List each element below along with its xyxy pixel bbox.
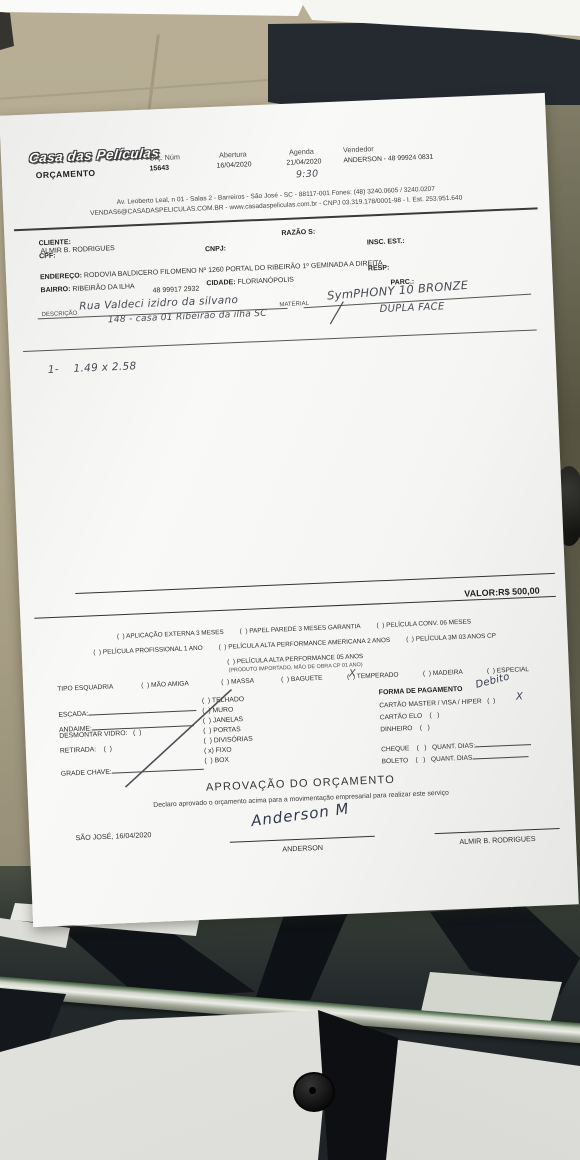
esquadria-option: ( ) MÃO AMIGA [141,680,189,689]
esquadria-option: ( ) BAGUETE [281,675,323,684]
pagamento-cartao-elo: CARTÃO ELO ( ) [380,712,440,721]
site-option: ( ) BOX [204,757,229,765]
retirada-field: RETIRADA: ( ) [60,746,112,755]
andaime-line [92,718,194,730]
cidade-value: FLORIANÓPOLIS [237,277,294,286]
place-date: SÃO JOSÉ, 16/04/2020 [75,830,151,842]
site-option-fixo: ( x) FIXO [204,747,232,755]
valor-label: VALOR: [464,587,498,598]
esquadria-option: ( ) MADEIRA [423,669,463,678]
site-option: ( ) TELHADO [202,696,244,705]
order-form-document: Casa das Películas ORÇAMENTO Orç. Núm 15… [0,93,579,927]
boleto-dias-line [472,749,528,759]
resp-label: RESP: [368,265,390,273]
garantia-option: ( ) PAPEL PAREDE 3 MESES GARANTIA [240,623,361,635]
garantia-option: ( ) PELÍCULA ALTA PERFORMANCE AMERICANA … [219,637,391,651]
bairro-label: BAIRRO: [40,286,70,294]
handwritten-measurement: 1- 1.49 x 2.58 [48,360,137,376]
button-hole [309,1087,316,1094]
esquadria-option: ( ) MASSA [221,678,254,686]
garantia-option: ( ) APLICAÇÃO EXTERNA 3 MESES [117,629,224,640]
esquadria-label: TIPO ESQUADRIA [57,684,113,693]
handwritten-temperado-check: X [349,668,357,679]
garantia-option: ( ) PELÍCULA 3M 03 ANOS CP [406,632,496,643]
site-option: ( ) JANELAS [203,716,244,725]
valor-value: R$ 500,00 [498,586,540,598]
cliente-label: CLIENTE: [38,239,71,247]
garantia-option: ( ) PELÍCULA CONV. 06 MESES [376,618,471,629]
handwritten-debito: Debito [475,671,511,690]
field-value-vendedor: ANDERSON - 48 99924 0831 [343,154,433,165]
handwritten-hiper-check: X [516,691,524,702]
seller-name: ANDERSON [230,841,375,856]
field-label-abertura: Abertura [219,149,247,159]
divider-line [23,329,537,352]
garantia-option: ( ) PELÍCULA PROFISSIONAL 1 ANO [93,645,203,657]
pagamento-boleto: BOLETO ( ) QUANT. DIAS [381,755,472,766]
cnpj-label: CNPJ: [205,245,226,253]
site-option: ( ) MURO [202,707,233,715]
razao-label: RAZÃO S: [281,229,315,237]
bairro-value: RIBEIRÃO DA ILHA [72,283,134,293]
client-name: ALMIR B. RODRIGUES [435,833,560,847]
handwritten-material-line2: DUPLA FACE [379,301,444,315]
field-value-agenda: 21/04/2020 [286,158,321,166]
shirt-button [293,1072,335,1112]
field-value-orc-num: 15643 [149,165,169,173]
cidade-label: CIDADE: [206,279,235,287]
site-option: ( ) DIVISÓRIAS [203,736,252,745]
field-label-vendedor: Vendedor [343,144,374,154]
company-logo: Casa das Películas [28,145,160,166]
grade-chave-label: GRADE CHAVE: [61,769,112,778]
client-phone: 48 99917 2932 [153,286,200,295]
field-label-orc-num: Orç. Núm [149,152,180,162]
cpf-label: CPF: [39,253,56,261]
field-label-agenda: Agenda [289,147,314,157]
pagamento-dinheiro: DINHEIRO ( ) [380,724,430,733]
doc-type-title: ORÇAMENTO [36,168,96,180]
site-option: ( ) PORTAS [203,726,241,735]
handwritten-descricao-line1: Rua Valdeci izidro da silvano [79,294,238,313]
field-value-abertura: 16/04/2020 [216,161,251,169]
pagamento-cartao-master: CARTÃO MASTER / VISA / HIPER ( ) [379,698,495,710]
pagamento-title: FORMA DE PAGAMENTO [379,686,463,697]
insc-label: INSC. EST.: [367,238,405,247]
handwritten-agenda-time: 9:30 [296,168,319,180]
grade-chave-line [111,762,203,774]
